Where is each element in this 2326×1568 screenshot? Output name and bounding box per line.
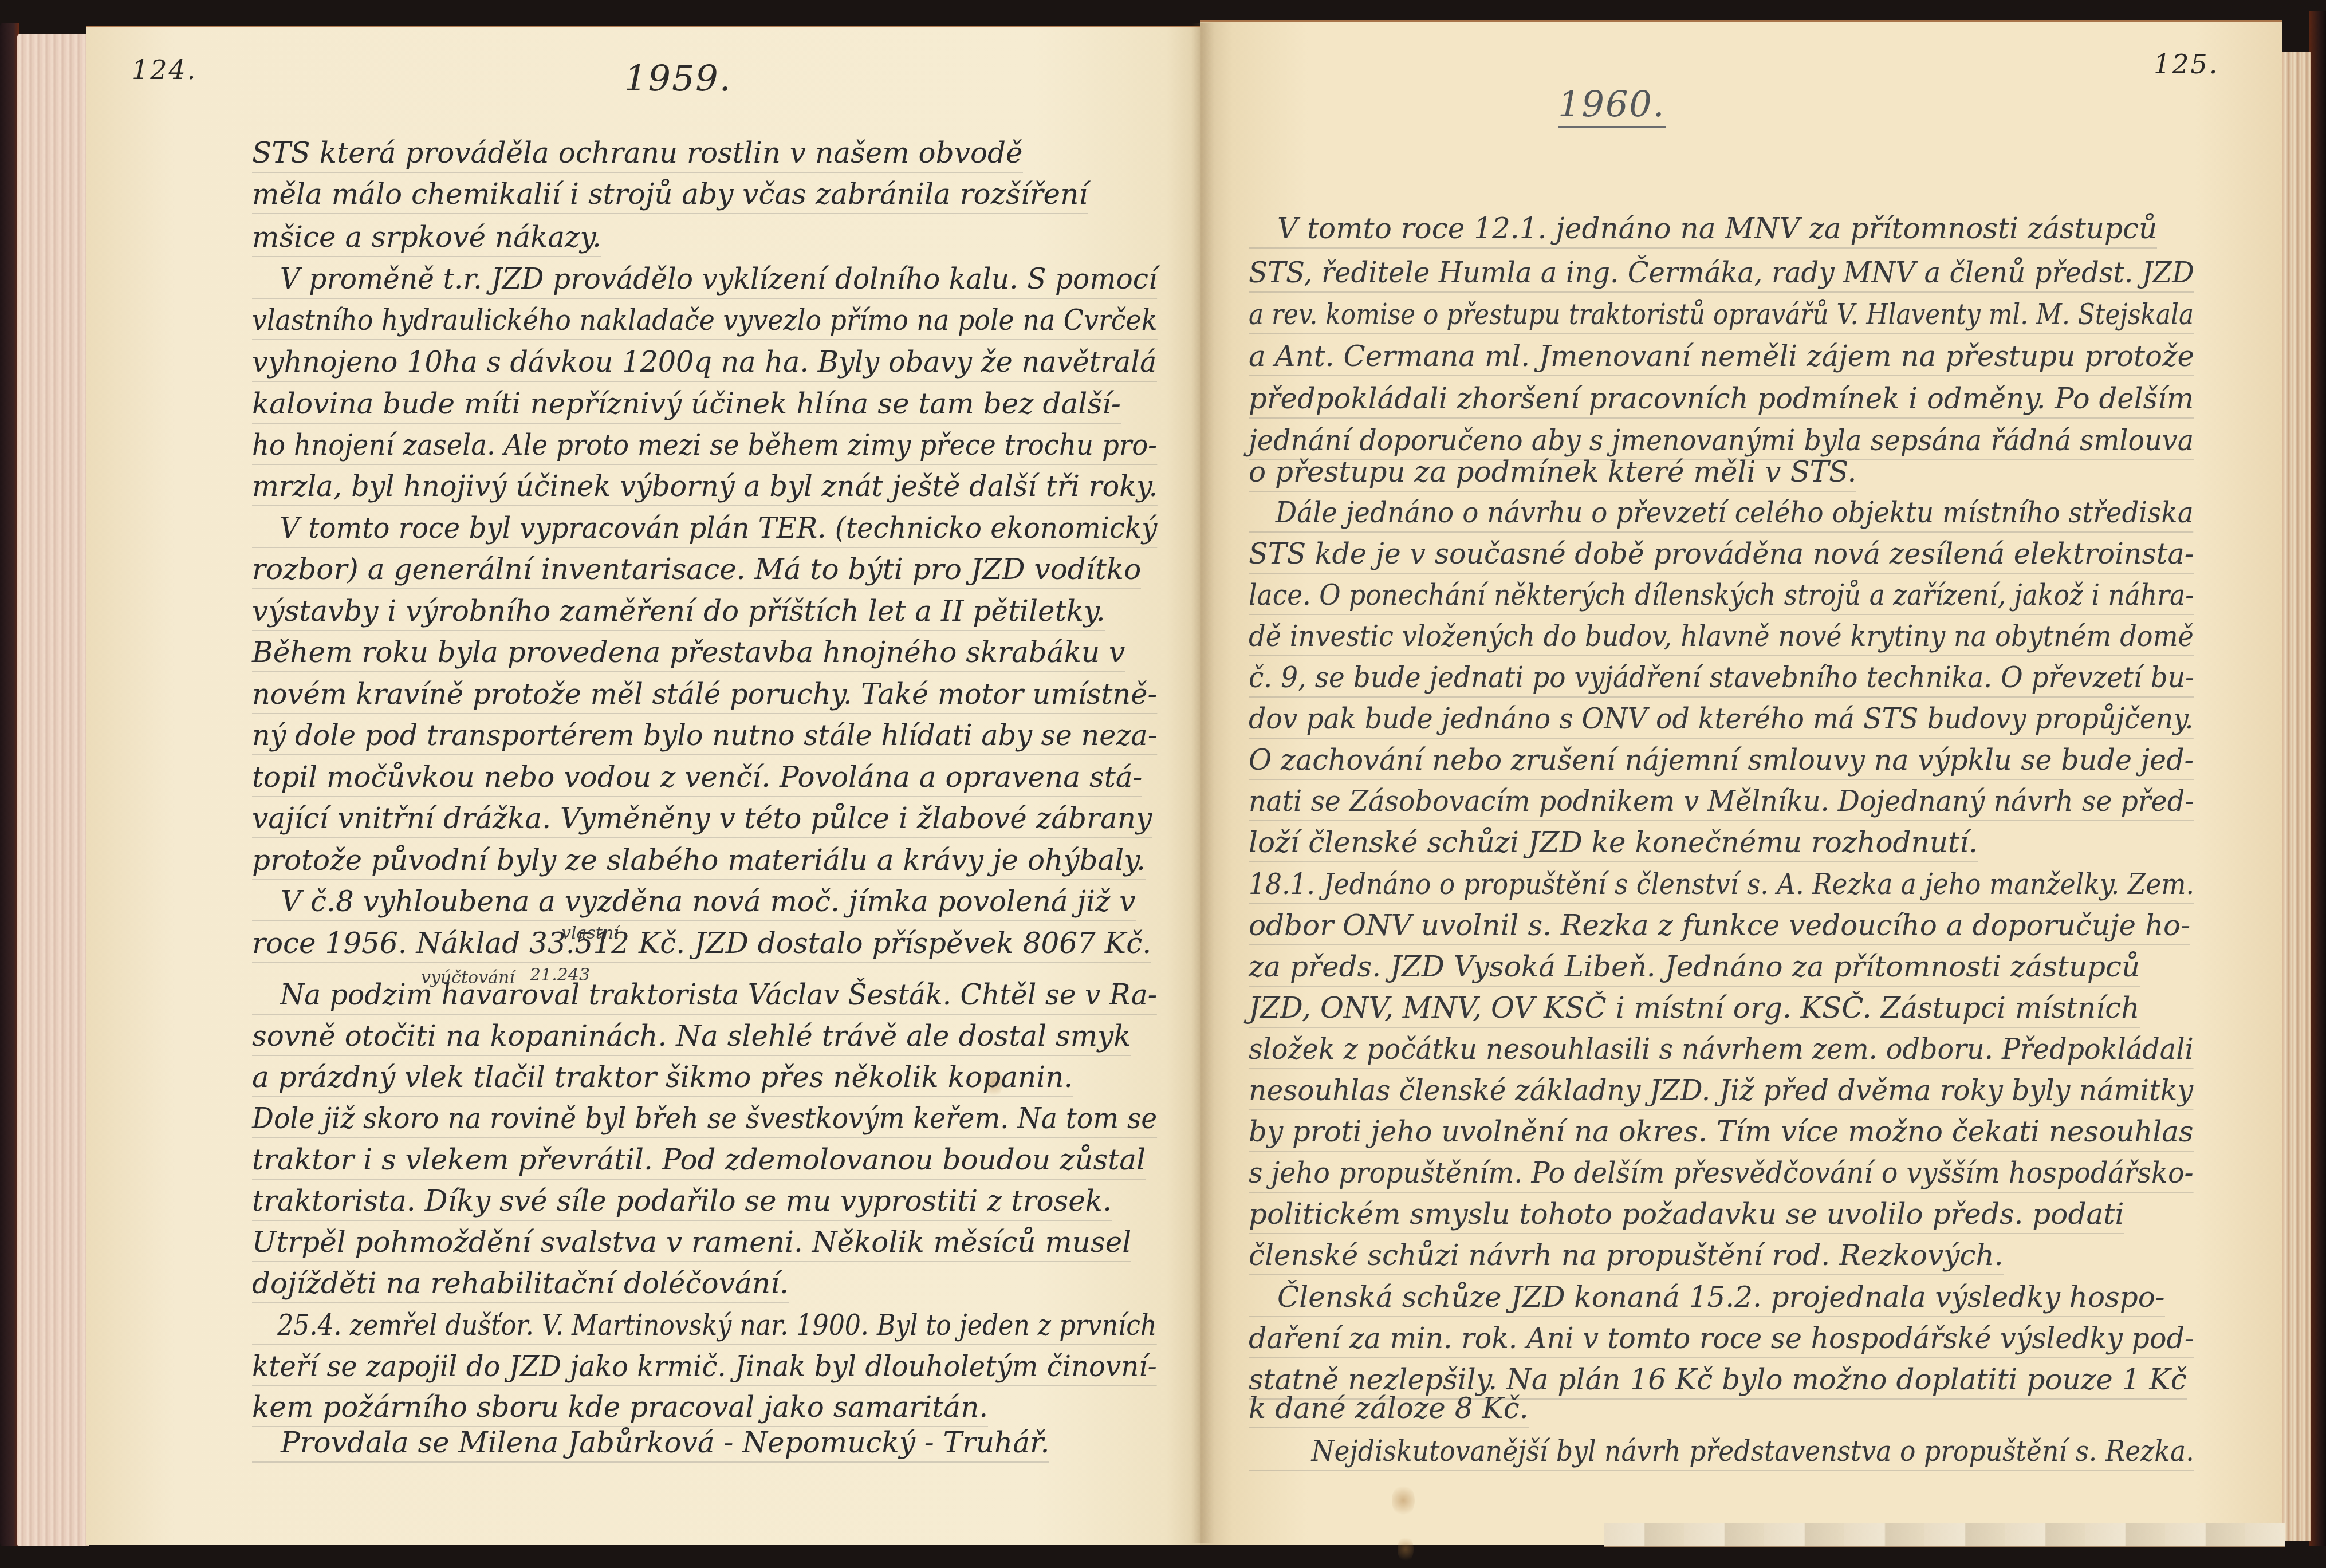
handwritten-line: dě investic vložených do budov, hlavně n… bbox=[1249, 620, 2194, 656]
handwritten-line: V proměně t.r. JZD provádělo vyklízení d… bbox=[252, 262, 1158, 299]
handwritten-line: V tomto roce 12.1. jednáno na MNV za pří… bbox=[1249, 212, 2157, 249]
year-heading-right: 1960. bbox=[1558, 83, 1666, 128]
handwritten-line: 25.4. zemřel dušťor. V. Martinovský nar.… bbox=[252, 1309, 1156, 1345]
handwritten-line: ho hnojení zasela. Ale proto mezi se běh… bbox=[252, 428, 1157, 465]
torn-page-edges bbox=[1604, 1523, 2285, 1547]
handwritten-line: předpokládali zhoršení pracovních podmín… bbox=[1249, 382, 2194, 419]
handwritten-line: a rev. komise o přestupu traktoristů opr… bbox=[1249, 298, 2194, 334]
handwritten-line: Na podzim havaroval traktorista Václav Š… bbox=[252, 978, 1157, 1015]
handwritten-line: vlastního hydraulického nakladače vyvezl… bbox=[252, 304, 1158, 340]
book-cover-right-edge bbox=[2309, 11, 2326, 1546]
handwritten-line: o přestupu za podmínek které měli v STS. bbox=[1249, 455, 1856, 492]
year-heading-left: 1959. bbox=[624, 57, 732, 99]
handwritten-line: lace. O ponechání některých dílenských s… bbox=[1249, 578, 2194, 615]
handwritten-line: topil močůvkou nebo vodou z venčí. Povol… bbox=[252, 761, 1142, 797]
handwritten-line: výstavby i výrobního zaměření do příštíc… bbox=[252, 594, 1105, 631]
handwritten-line: Provdala se Milena Jabůrková - Nepomucký… bbox=[252, 1426, 1049, 1463]
paper-stain bbox=[1398, 1535, 1414, 1563]
book-cover-left-edge bbox=[0, 23, 19, 1546]
handwritten-line: roce 1956. Náklad 33.512 Kč. JZD dostalo… bbox=[252, 927, 1151, 963]
handwritten-line: členské schůzi návrh na propuštění rod. … bbox=[1249, 1239, 2004, 1275]
handwritten-line: ný dole pod transportérem bylo nutno stá… bbox=[252, 719, 1157, 755]
handwritten-line: dov pak bude jednáno s ONV od kterého má… bbox=[1249, 702, 2194, 739]
handwritten-line: a prázdný vlek tlačil traktor šikmo přes… bbox=[252, 1061, 1073, 1097]
open-book: 124. 1959. 125. 1960. STS která prováděl… bbox=[0, 0, 2326, 1568]
handwritten-line: loží členské schůzi JZD ke konečnému roz… bbox=[1249, 826, 1978, 862]
handwritten-line: daření za min. rok. Ani v tomto roce se … bbox=[1249, 1322, 2194, 1358]
handwritten-line: traktor i s vlekem převrátil. Pod zdemol… bbox=[252, 1143, 1146, 1180]
page-number-left: 124. bbox=[132, 54, 197, 85]
handwritten-line: Členská schůze JZD konaná 15.2. projedna… bbox=[1249, 1281, 2165, 1317]
handwritten-line: novém kravíně protože měl stálé poruchy.… bbox=[252, 677, 1157, 714]
handwritten-line: rozbor) a generální inventarisace. Má to… bbox=[252, 553, 1141, 589]
handwritten-line: Nejdiskutovanější byl návrh představenst… bbox=[1249, 1435, 2194, 1471]
page-stack-right bbox=[2282, 52, 2311, 1541]
page-number-right: 125. bbox=[2154, 49, 2219, 80]
handwritten-line: by proti jeho uvolnění na okres. Tím víc… bbox=[1249, 1115, 2194, 1152]
book-gutter bbox=[1191, 23, 1214, 1543]
handwritten-line: mšice a srpkové nákazy. bbox=[252, 220, 601, 257]
handwritten-line: č. 9, se bude jednati po vyjádření stave… bbox=[1249, 661, 2194, 698]
handwritten-line: Během roku byla provedena přestavba hnoj… bbox=[252, 636, 1125, 672]
interlinear-annotation: vlastní bbox=[561, 923, 619, 943]
interlinear-annotation: vyúčtování bbox=[421, 968, 515, 988]
page-stack-left bbox=[17, 34, 89, 1546]
handwritten-line: kalovina bude míti nepříznivý účinek hlí… bbox=[252, 387, 1121, 424]
handwritten-line: Utrpěl pohmoždění svalstva v rameni. Něk… bbox=[252, 1226, 1131, 1262]
handwritten-line: k dané záloze 8 Kč. bbox=[1249, 1392, 1529, 1428]
handwritten-line: Dále jednáno o návrhu o převzetí celého … bbox=[1249, 496, 2194, 533]
handwritten-line: dojížděti na rehabilitační doléčování. bbox=[252, 1267, 789, 1303]
handwritten-line: za předs. JZD Vysoká Libeň. Jednáno za p… bbox=[1249, 950, 2140, 987]
handwritten-line: Dole již skoro na rovině byl břeh se šve… bbox=[252, 1102, 1157, 1138]
handwritten-line: vající vnitřní drážka. Vyměněny v této p… bbox=[252, 802, 1152, 838]
handwritten-line: s jeho propuštěním. Po delším přesvědčov… bbox=[1249, 1156, 2194, 1193]
handwritten-line: V tomto roce byl vypracován plán TER. (t… bbox=[252, 511, 1157, 548]
handwritten-line: 18.1. Jednáno o propuštění s členství s.… bbox=[1249, 868, 2194, 904]
handwritten-line: měla málo chemikalií i strojů aby včas z… bbox=[252, 178, 1088, 214]
handwritten-line: nati se Zásobovacím podnikem v Mělníku. … bbox=[1249, 785, 2194, 821]
handwritten-line: politickém smyslu tohoto požadavku se uv… bbox=[1249, 1197, 2124, 1234]
handwritten-line: protože původní byly ze slabého materiál… bbox=[252, 844, 1146, 880]
handwritten-line: nesouhlas členské základny JZD. Již před… bbox=[1249, 1074, 2193, 1110]
interlinear-annotation: 21.243 bbox=[530, 965, 590, 985]
handwritten-line: kem požárního sboru kde pracoval jako sa… bbox=[252, 1390, 988, 1427]
handwritten-line: kteří se zapojil do JZD jako krmič. Jina… bbox=[252, 1350, 1157, 1386]
handwritten-line: traktorista. Díky své síle podařilo se m… bbox=[252, 1184, 1112, 1221]
handwritten-line: V č.8 vyhloubena a vyzděna nová moč. jím… bbox=[252, 885, 1136, 921]
handwritten-line: mrzla, byl hnojivý účinek výborný a byl … bbox=[252, 470, 1158, 506]
handwritten-line: vyhnojeno 10ha s dávkou 1200q na ha. Byl… bbox=[252, 345, 1156, 382]
handwritten-line: STS, ředitele Humla a ing. Čermáka, rady… bbox=[1249, 256, 2194, 293]
handwritten-line: složek z počátku nesouhlasili s návrhem … bbox=[1249, 1033, 2194, 1069]
handwritten-line: a Ant. Cermana ml. Jmenovaní neměli záje… bbox=[1249, 340, 2194, 376]
handwritten-line: O zachování nebo zrušení nájemní smlouvy… bbox=[1249, 743, 2194, 780]
handwritten-line: odbor ONV uvolnil s. Rezka z funkce vedo… bbox=[1249, 909, 2190, 945]
handwritten-line: JZD, ONV, MNV, OV KSČ i místní org. KSČ.… bbox=[1249, 991, 2140, 1028]
handwritten-line: STS kde je v současné době prováděna nov… bbox=[1249, 537, 2194, 574]
paper-stain bbox=[1392, 1483, 1415, 1518]
handwritten-line: sovně otočiti na kopaninách. Na slehlé t… bbox=[252, 1019, 1131, 1056]
handwritten-line: STS která prováděla ochranu rostlin v na… bbox=[252, 136, 1023, 173]
